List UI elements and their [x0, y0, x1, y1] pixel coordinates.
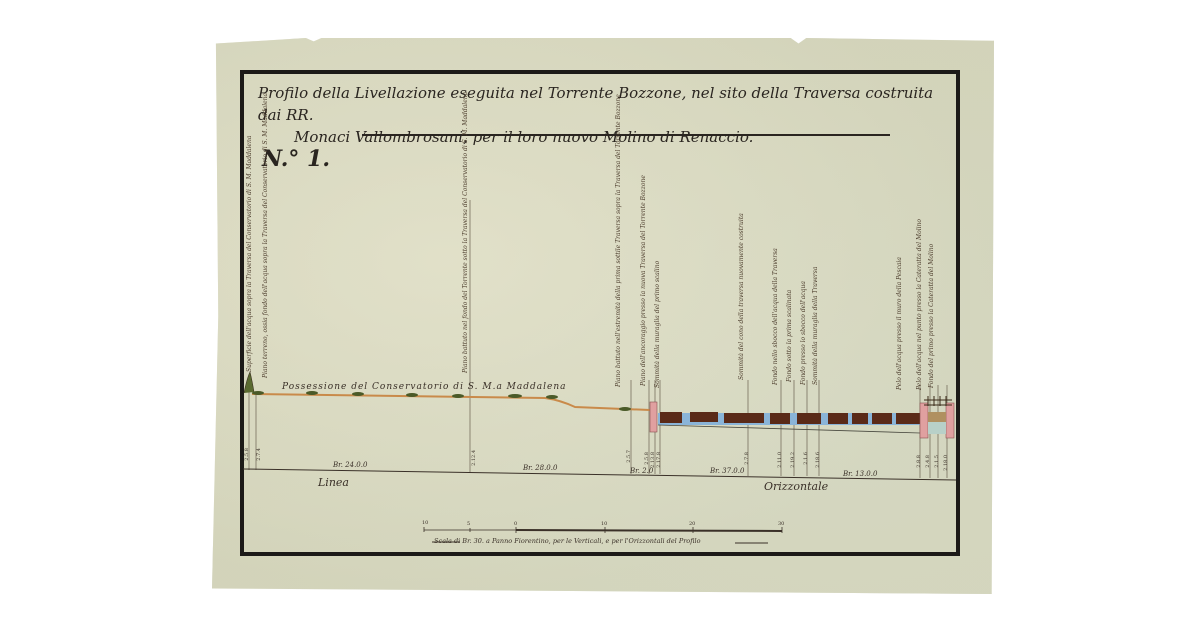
distance-label: Br. 2.0 — [630, 467, 653, 475]
terrain-label: Possessione del Conservatorio di S. M.a … — [282, 382, 567, 392]
annotation-1: Superficie dell'acqua sopra la Traversa … — [246, 212, 254, 372]
elevation-label: 2.1.5 — [934, 455, 940, 468]
elevation-label: 2.5.8 — [244, 448, 250, 461]
elevation-label: 2.17.8 — [656, 452, 662, 468]
scale-tick-label: 30 — [778, 521, 784, 527]
elevation-label: 2.19.2 — [790, 452, 796, 468]
elevation-label: 2.18.0 — [943, 455, 949, 471]
terrain-profile-line — [252, 394, 650, 410]
right-pier-1 — [920, 403, 928, 438]
annotation-2: Piano terreno, ossia fondo dell'acqua so… — [262, 218, 270, 378]
annotation-4: Piano battuto nell'estremità della prima… — [615, 212, 623, 387]
annotation-12: Pelo dell'acqua presso il muro della Pes… — [896, 240, 904, 390]
left-pier — [650, 402, 657, 432]
elevation-label: 2.18.6 — [815, 452, 821, 468]
scale-tick-label: 5 — [467, 521, 470, 527]
elevation-label: 2.7.4 — [256, 448, 262, 461]
distance-label: Br. 37.0.0 — [710, 467, 744, 475]
profile-drawing — [0, 0, 1200, 628]
annotation-10: Fondo presso lo sbocco dell'acqua — [800, 225, 808, 385]
annotation-11: Sommità della muraglia della Traversa — [812, 260, 820, 385]
annotation-9: Fondo sotto la prima scalinata — [786, 212, 794, 382]
scale-tick-label: 20 — [689, 521, 695, 527]
elevation-label: 2.4.8 — [925, 455, 931, 468]
annotation-8: Fondo nello sbocco dell'acqua della Trav… — [772, 215, 780, 385]
distance-label: Br. 24.0.0 — [333, 461, 367, 469]
annotation-3: Piano battuto nel fondo del Torrente sot… — [462, 208, 470, 373]
elevation-label: 2.8.8 — [916, 455, 922, 468]
elevation-label: 2.7.8 — [744, 452, 750, 465]
scale-caption: Scala di Br. 30. a Panno Fiorentino, per… — [434, 537, 701, 545]
annotation-5: Piano dell'ancoraggio presso la nuova Tr… — [640, 226, 648, 386]
annotation-13: Pelo dell'acqua nel punto presso la Cate… — [916, 250, 924, 390]
elevation-label: 2.11.0 — [777, 452, 783, 468]
scale-tick-label: 10 — [422, 520, 428, 526]
elevation-label: 2.12.4 — [471, 450, 477, 466]
distance-label: Br. 13.0.0 — [843, 470, 877, 478]
scale-tick-label: 10 — [601, 521, 607, 527]
annotation-7: Sommità del cono della traversa nuovamen… — [738, 230, 746, 380]
annotation-6: Sommità della muraglia del primo scalino — [654, 228, 662, 388]
elevation-label: 2.5.7 — [626, 450, 632, 463]
scale-tick-label: 0 — [514, 521, 517, 527]
annotation-14: Fondo del primo presso la Cateratta del … — [928, 258, 936, 388]
right-pier-2 — [946, 403, 954, 438]
baseline-label-linea: Linea — [318, 476, 349, 489]
elevation-label: 2.1.6 — [803, 452, 809, 465]
distance-label: Br. 28.0.0 — [523, 464, 557, 472]
baseline-label-orizzontale: Orizzontale — [764, 480, 828, 493]
